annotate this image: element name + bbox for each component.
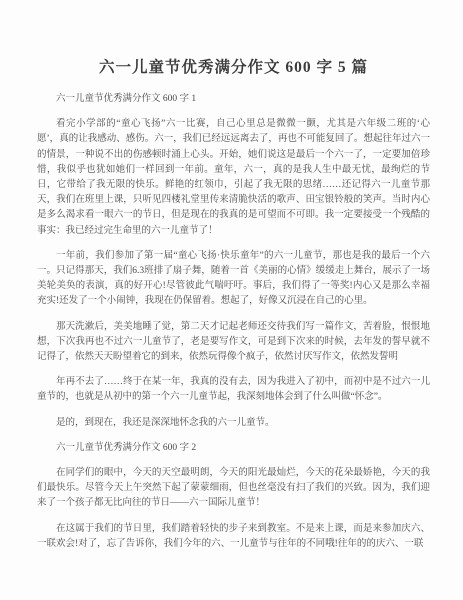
section-heading-1: 六一儿童节优秀满分作文 600 字 1 [37,92,430,107]
paragraph: 年再不去了……终于在某一年，我真的没有去，因为我进入了初中，而初中是不过六一儿童… [37,375,430,405]
paragraph: 看完小学部的“童心飞扬”六一比赛，自己心里总是微微一颤，尤其是六年级二班的‘心愿… [37,117,430,239]
paragraph: 一年前，我们参加了第一届“童心飞扬·快乐童年”的六一儿童节，那也是我的最后一个六… [37,249,430,310]
paragraph: 那天洗漱后，美美地睡了觉，第二天才记起老师还交待我们写一篇作文，苦着脸，恨恨地想… [37,320,430,366]
paragraph: 在同学们的眼中，今天的天空最明朗，今天的阳光最灿烂，今天的花朵最娇艳，今天的我们… [37,466,430,512]
section-heading-2: 六一儿童节优秀满分作文 600 字 2 [37,441,430,456]
paragraph: 是的，到现在，我还是深深地怀念我的六一儿童节。 [37,416,430,431]
page-title: 六一儿童节优秀满分作文 600 字 5 篇 [37,57,430,79]
paragraph: 在这属于我们的节日里，我们踏着轻快的步子来到教室。不是来上课，而是来参加庆六、一… [37,522,430,552]
document-body: 六一儿童节优秀满分作文 600 字 5 篇 六一儿童节优秀满分作文 600 字 … [0,0,463,552]
document-page: 六一儿童节优秀满分作文 600 字 5 篇 六一儿童节优秀满分作文 600 字 … [0,0,463,600]
